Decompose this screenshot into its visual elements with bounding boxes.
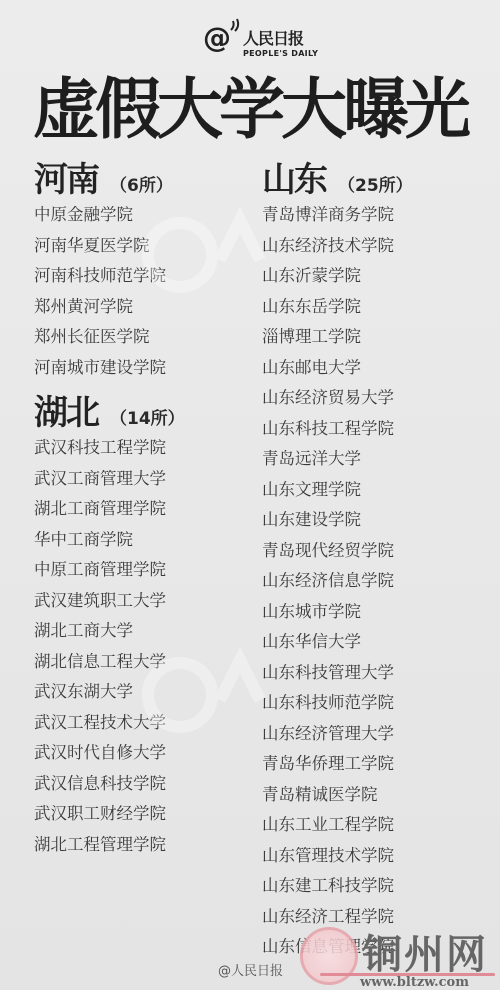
- school-list-hubei: 武汉科技工程学院 武汉工商管理大学 湖北工商管理学院 华中工商学院 中原工商管理…: [34, 433, 185, 860]
- site-url: www.bltzw.com: [360, 975, 469, 990]
- province-name: 河南: [34, 160, 98, 200]
- list-item: 湖北工商大学: [34, 616, 185, 647]
- list-item: 武汉工程技术大学: [34, 708, 185, 739]
- list-item: 山东经济信息学院: [262, 566, 413, 597]
- peoples-daily-logo: @ 人民日报 PEOPLE'S DAILY: [203, 18, 333, 62]
- list-item: 武汉时代自修大学: [34, 738, 185, 769]
- list-item: 湖北工商管理学院: [34, 494, 185, 525]
- poster-title: 虚假大学大曝光: [0, 70, 500, 150]
- list-item: 山东建设学院: [262, 505, 413, 536]
- signal-waves-icon: [229, 18, 243, 34]
- list-item: 华中工商学院: [34, 525, 185, 556]
- province-count: （14所）: [110, 404, 185, 429]
- list-item: 山东文理学院: [262, 475, 413, 506]
- list-item: 武汉科技工程学院: [34, 433, 185, 464]
- list-item: 山东科技师范学院: [262, 688, 413, 719]
- list-item: 山东建工科技学院: [262, 871, 413, 902]
- list-item: 山东科技管理大学: [262, 658, 413, 689]
- list-item: 中原金融学院: [34, 200, 185, 231]
- site-name: 铜州网: [362, 923, 488, 980]
- list-item: 青岛博洋商务学院: [262, 200, 413, 231]
- province-name: 湖北: [34, 393, 98, 433]
- list-item: 河南科技师范学院: [34, 261, 185, 292]
- school-list-shandong: 青岛博洋商务学院 山东经济技术学院 山东沂蒙学院 山东东岳学院 淄博理工学院 山…: [262, 200, 413, 963]
- right-column: 山东 （25所） 青岛博洋商务学院 山东经济技术学院 山东沂蒙学院 山东东岳学院…: [262, 160, 413, 963]
- seal-icon: [300, 927, 358, 985]
- list-item: 湖北信息工程大学: [34, 647, 185, 678]
- list-item: 河南华夏医学院: [34, 231, 185, 262]
- province-header-henan: 河南 （6所）: [34, 160, 185, 200]
- list-item: 郑州长征医学院: [34, 322, 185, 353]
- list-item: 青岛华侨理工学院: [262, 749, 413, 780]
- list-item: 武汉东湖大学: [34, 677, 185, 708]
- list-item: 武汉职工财经学院: [34, 799, 185, 830]
- province-header-hubei: 湖北 （14所）: [34, 393, 185, 433]
- list-item: 山东经济技术学院: [262, 231, 413, 262]
- list-item: 湖北工程管理学院: [34, 830, 185, 861]
- left-column: 河南 （6所） 中原金融学院 河南华夏医学院 河南科技师范学院 郑州黄河学院 郑…: [34, 160, 185, 860]
- list-item: 淄博理工学院: [262, 322, 413, 353]
- list-item: 青岛现代经贸学院: [262, 536, 413, 567]
- list-item: 山东邮电大学: [262, 353, 413, 384]
- list-item: 山东沂蒙学院: [262, 261, 413, 292]
- list-item: 山东华信大学: [262, 627, 413, 658]
- weibo-handle: @人民日报: [218, 960, 283, 979]
- school-list-henan: 中原金融学院 河南华夏医学院 河南科技师范学院 郑州黄河学院 郑州长征医学院 河…: [34, 200, 185, 383]
- province-name: 山东: [262, 160, 326, 200]
- at-icon: @: [203, 24, 231, 52]
- list-item: 山东工业工程学院: [262, 810, 413, 841]
- list-item: 中原工商管理学院: [34, 555, 185, 586]
- list-item: 山东经济管理大学: [262, 719, 413, 750]
- poster: @ 人民日报 PEOPLE'S DAILY 虚假大学大曝光 河南 （6所） 中原…: [0, 0, 500, 990]
- province-header-shandong: 山东 （25所）: [262, 160, 413, 200]
- list-item: 山东经济贸易大学: [262, 383, 413, 414]
- logo-english-text: PEOPLE'S DAILY: [243, 49, 318, 58]
- list-item: 山东管理技术学院: [262, 841, 413, 872]
- list-item: 河南城市建设学院: [34, 353, 185, 384]
- list-item: 山东科技工程学院: [262, 414, 413, 445]
- list-item: 郑州黄河学院: [34, 292, 185, 323]
- logo-chinese-text: 人民日报: [243, 30, 303, 48]
- list-item: 武汉信息科技学院: [34, 769, 185, 800]
- list-item: 武汉建筑职工大学: [34, 586, 185, 617]
- list-item: 青岛远洋大学: [262, 444, 413, 475]
- list-item: 武汉工商管理大学: [34, 464, 185, 495]
- province-count: （25所）: [338, 171, 413, 196]
- site-watermark: 铜州网 www.bltzw.com: [300, 925, 500, 990]
- list-item: 山东东岳学院: [262, 292, 413, 323]
- list-item: 山东城市学院: [262, 597, 413, 628]
- province-count: （6所）: [110, 171, 173, 196]
- list-item: 青岛精诚医学院: [262, 780, 413, 811]
